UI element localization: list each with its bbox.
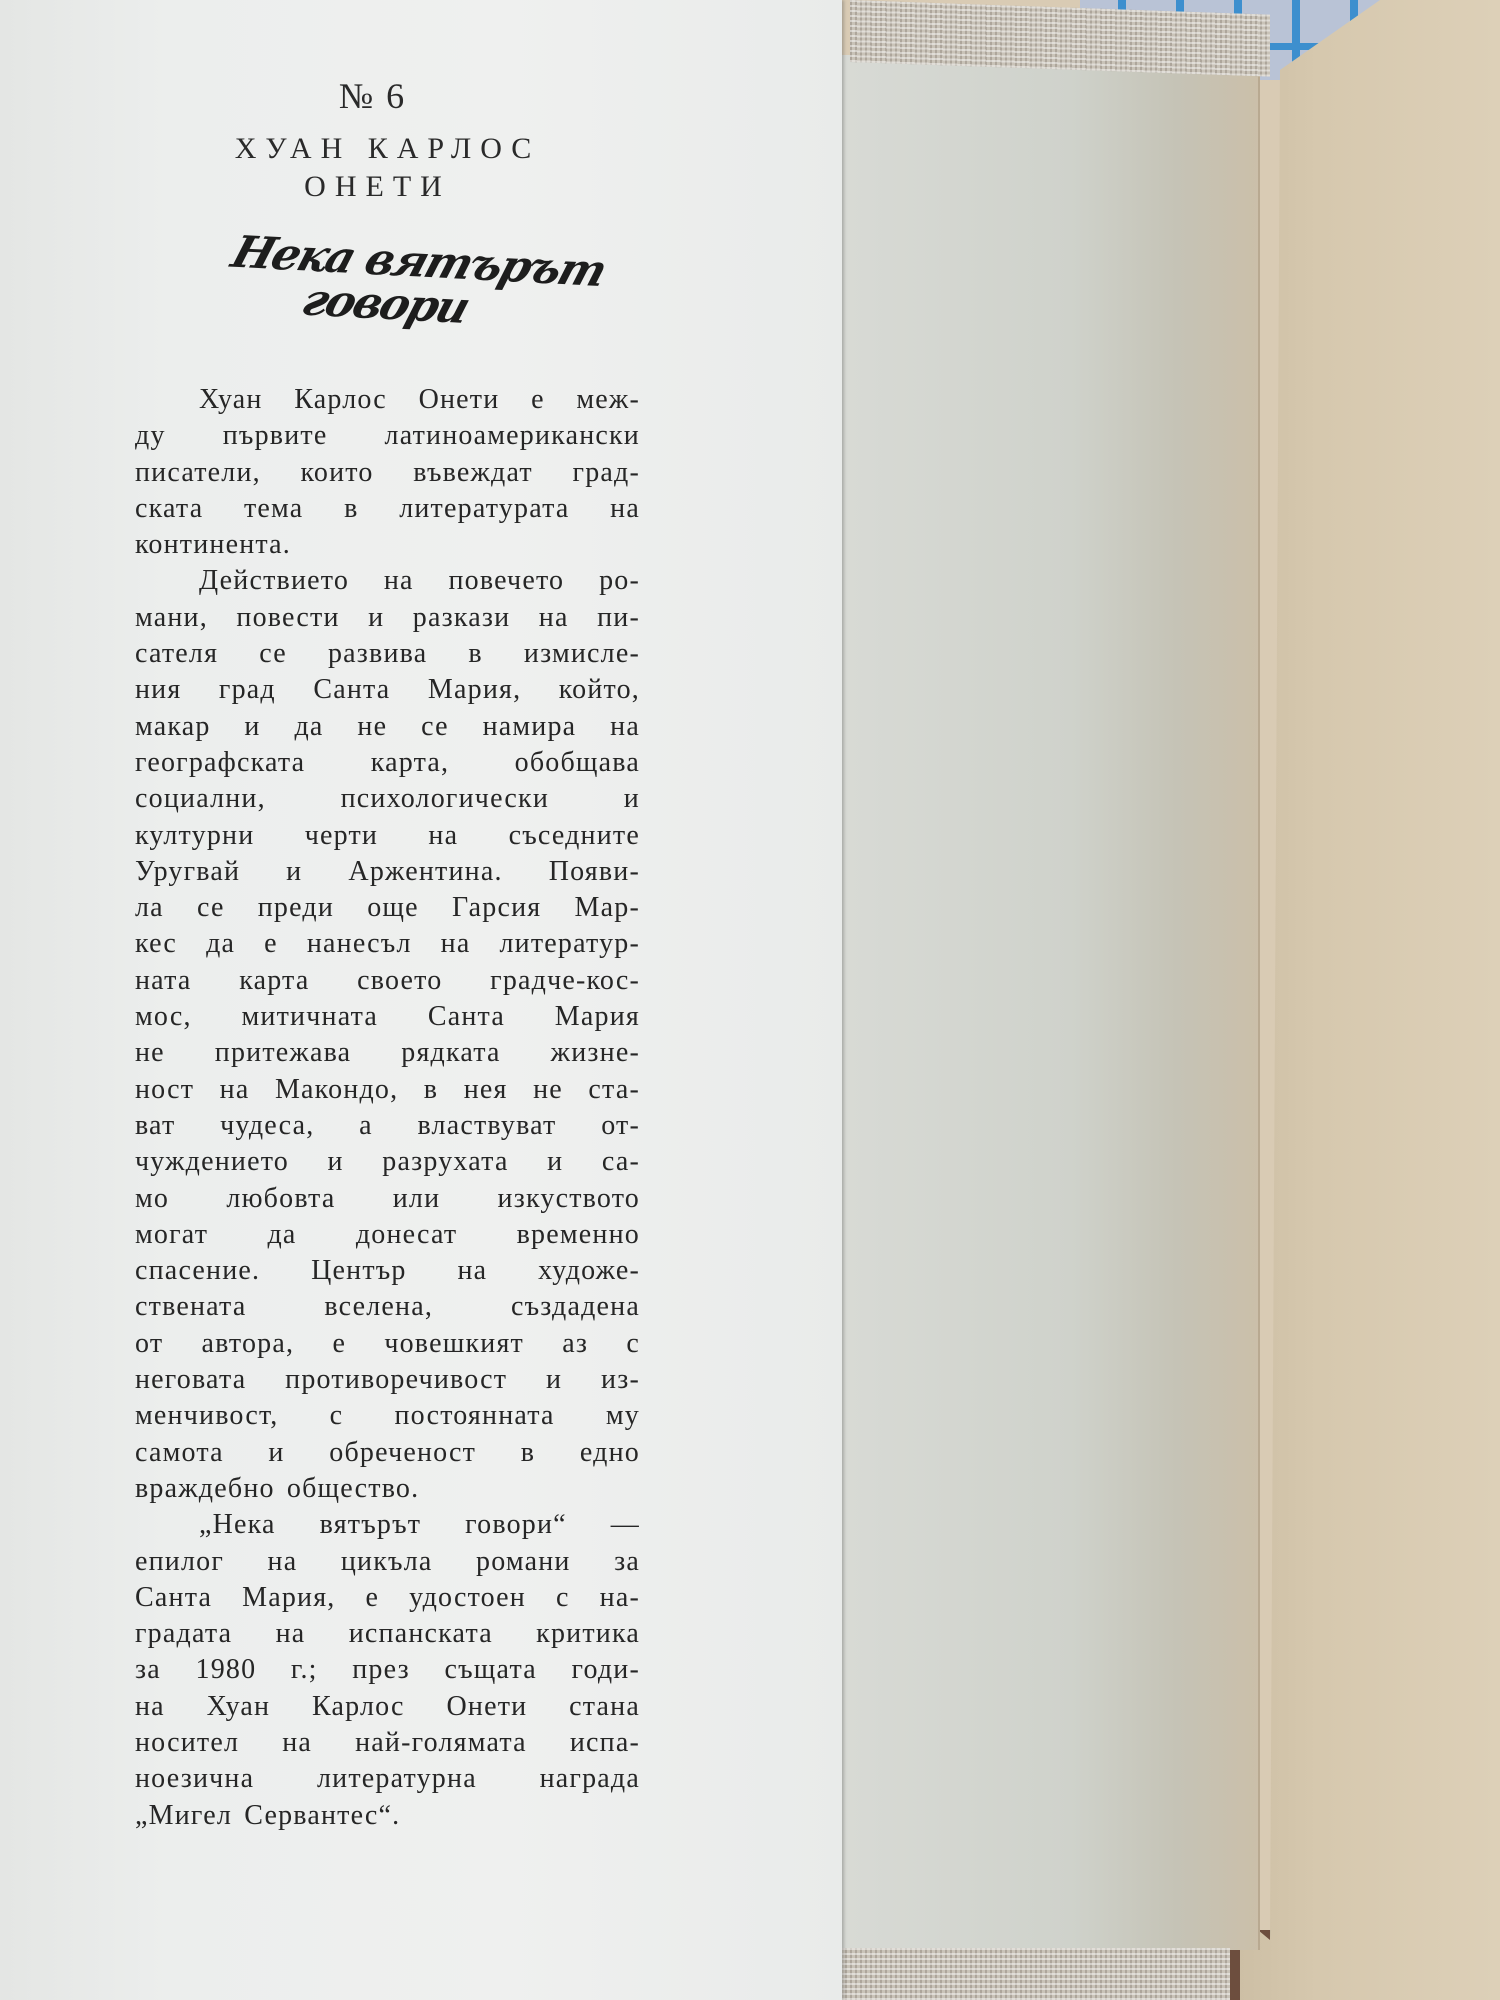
text-line: мо любовта или изкуството (135, 1181, 640, 1217)
text-line: градата на испанската критика (135, 1616, 640, 1652)
flap-body-text: Хуан Карлос Онети е меж-ду първите латин… (135, 382, 640, 1834)
text-line: континента. (135, 527, 640, 563)
text-line: „Нека вятърът говори“ — (135, 1507, 640, 1543)
author-name: ХУАН КАРЛОС (135, 130, 640, 168)
text-line: Хуан Карлос Онети е меж- (135, 382, 640, 418)
paragraph: „Нека вятърът говори“ —епилог на цикъла … (135, 1507, 640, 1834)
text-line: ния град Санта Мария, който, (135, 672, 640, 708)
paragraph: Хуан Карлос Онети е меж-ду първите латин… (135, 382, 640, 563)
text-line: ду първите латиноамерикански (135, 418, 640, 454)
text-line: ност на Макондо, в нея не ста- (135, 1072, 640, 1108)
right-page (1240, 0, 1500, 2000)
text-line: географската карта, обобщава (135, 745, 640, 781)
text-line: мос, митичната Санта Мария (135, 999, 640, 1035)
text-line: чуждението и разрухата и са- (135, 1144, 640, 1180)
text-line: културни черти на съседните (135, 818, 640, 854)
text-line: епилог на цикъла романи за (135, 1544, 640, 1580)
inner-cover-board (840, 55, 1260, 1950)
text-line: менчивост, с постоянната му (135, 1398, 640, 1434)
text-line: Действието на повечето ро- (135, 563, 640, 599)
text-line: кес да е нанесъл на литератур- (135, 926, 640, 962)
text-line: ската тема в литературата на (135, 491, 640, 527)
text-line: Уругвай и Аржентина. Появи- (135, 854, 640, 890)
text-line: писатели, които въвеждат град- (135, 455, 640, 491)
series-number: № 6 (105, 70, 640, 122)
text-line: не притежава рядката жизне- (135, 1035, 640, 1071)
text-line: ла се преди още Гарсия Мар- (135, 890, 640, 926)
dust-jacket-flap: № 6 ХУАН КАРЛОС ОНЕТИ Нека вятърът говор… (0, 0, 842, 2000)
text-line: самота и обреченост в едно (135, 1435, 640, 1471)
paragraph: Действието на повечето ро-мани, повести … (135, 563, 640, 1507)
text-line: макар и да не се намира на (135, 709, 640, 745)
flap-header: № 6 ХУАН КАРЛОС ОНЕТИ (135, 70, 640, 206)
text-line: ноезична литературна награда (135, 1761, 640, 1797)
text-line: от автора, е човешкият аз с (135, 1326, 640, 1362)
text-line: сателя се развива в измисле- (135, 636, 640, 672)
text-line: враждебно общество. (135, 1471, 640, 1507)
text-line: за 1980 г.; през същата годи- (135, 1652, 640, 1688)
text-line: Санта Мария, е удостоен с на- (135, 1580, 640, 1616)
author-surname: ОНЕТИ (115, 168, 640, 206)
text-line: ствената вселена, създадена (135, 1289, 640, 1325)
cloth-binding-bottom (840, 1948, 1230, 2000)
text-line: носител на най-голямата испа- (135, 1725, 640, 1761)
text-line: социални, психологически и (135, 781, 640, 817)
text-line: ната карта своето градче-кос- (135, 963, 640, 999)
text-line: ват чудеса, а властвуват от- (135, 1108, 640, 1144)
text-line: на Хуан Карлос Онети стана (135, 1689, 640, 1725)
text-line: неговата противоречивост и из- (135, 1362, 640, 1398)
handwritten-title: Нека вятърът говори (185, 230, 635, 351)
text-line: „Мигел Сервантес“. (135, 1798, 640, 1834)
text-line: мани, повести и разкази на пи- (135, 600, 640, 636)
text-line: спасение. Център на художе- (135, 1253, 640, 1289)
text-line: могат да донесат временно (135, 1217, 640, 1253)
